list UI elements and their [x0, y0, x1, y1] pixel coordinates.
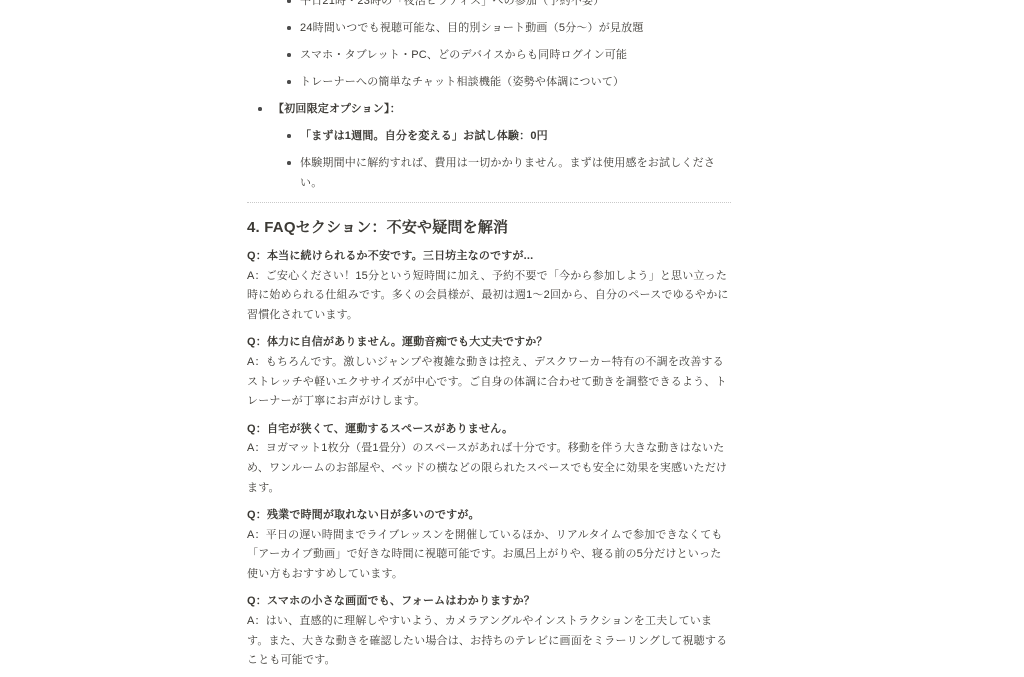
section-heading: 4. FAQセクション：不安や疑問を解消 [247, 215, 731, 241]
faq-answer: A：ご安心ください！15分という短時間に加え、予約不要で「今から参加しよう」と思… [247, 267, 731, 326]
bullet-text: 「まずは1週間。自分を変える」お試し体験：0円 [300, 130, 548, 142]
features-list: 平日21時・23時の「夜活ピラティス」への参加（予約不要）24時間いつでも視聴可… [247, 0, 731, 193]
bullet-icon [287, 0, 291, 3]
faq-question: Q：体力に自信がありません。運動音痴でも大丈夫ですか？ [247, 333, 731, 353]
faq-question: Q：スマホの小さな画面でも、フォームはわかりますか？ [247, 592, 731, 612]
faq-answer: A：はい、直感的に理解しやすいよう、カメラアングルやインストラクションを工夫して… [247, 612, 731, 671]
bullet-icon [287, 134, 291, 138]
bullet-text: 平日21時・23時の「夜活ピラティス」への参加（予約不要） [300, 0, 604, 7]
faq-block: Q：自宅が狭くて、運動するスペースがありません。A：ヨガマット1枚分（畳1畳分）… [247, 420, 731, 499]
faq-block: Q：残業で時間が取れない日が多いのですが。A：平日の遅い時間までライブレッスンを… [247, 506, 731, 585]
bullet-icon [258, 107, 262, 111]
bullet-icon [287, 53, 291, 57]
bullet-icon [287, 26, 291, 30]
section-divider [247, 202, 731, 203]
faq-block: Q：本当に続けられるか不安です。三日坊主なのですが...A：ご安心ください！15… [247, 247, 731, 326]
bullet-text: トレーナーへの簡単なチャット相談機能（姿勢や体調について） [300, 76, 624, 88]
faq-answer: A：もちろんです。激しいジャンプや複雑な動きは控え、デスクワーカー特有の不調を改… [247, 353, 731, 412]
bullet-text: 体験期間中に解約すれば、費用は一切かかりません。まずは使用感をお試しください。 [300, 157, 715, 189]
document-page: 平日21時・23時の「夜活ピラティス」への参加（予約不要）24時間いつでも視聴可… [247, 0, 731, 677]
bullet-item: 体験期間中に解約すれば、費用は一切かかりません。まずは使用感をお試しください。 [247, 153, 731, 193]
bullet-item: 「まずは1週間。自分を変える」お試し体験：0円 [247, 126, 731, 146]
faq-question: Q：本当に続けられるか不安です。三日坊主なのですが... [247, 247, 731, 267]
bullet-item: スマホ・タブレット・PC、どのデバイスからも同時ログイン可能 [247, 45, 731, 65]
faq-answer: A：ヨガマット1枚分（畳1畳分）のスペースがあれば十分です。移動を伴う大きな動き… [247, 439, 731, 498]
faq-question: Q：自宅が狭くて、運動するスペースがありません。 [247, 420, 731, 440]
faq-list: Q：本当に続けられるか不安です。三日坊主なのですが...A：ご安心ください！15… [247, 247, 731, 671]
bullet-icon [287, 80, 291, 84]
faq-answer: A：平日の遅い時間までライブレッスンを開催しているほか、リアルタイムで参加できな… [247, 526, 731, 585]
bullet-item: トレーナーへの簡単なチャット相談機能（姿勢や体調について） [247, 72, 731, 92]
faq-block: Q：体力に自信がありません。運動音痴でも大丈夫ですか？A：もちろんです。激しいジ… [247, 333, 731, 412]
bullet-text: 【初回限定オプション】： [273, 103, 401, 115]
faq-question: Q：残業で時間が取れない日が多いのですが。 [247, 506, 731, 526]
bullet-icon [287, 161, 291, 165]
bullet-item: 【初回限定オプション】： [247, 99, 731, 119]
faq-block: Q：スマホの小さな画面でも、フォームはわかりますか？A：はい、直感的に理解しやす… [247, 592, 731, 671]
bullet-text: 24時間いつでも視聴可能な、目的別ショート動画（5分〜）が見放題 [300, 22, 644, 34]
bullet-item: 平日21時・23時の「夜活ピラティス」への参加（予約不要） [247, 0, 731, 11]
bullet-text: スマホ・タブレット・PC、どのデバイスからも同時ログイン可能 [300, 49, 627, 61]
bullet-item: 24時間いつでも視聴可能な、目的別ショート動画（5分〜）が見放題 [247, 18, 731, 38]
